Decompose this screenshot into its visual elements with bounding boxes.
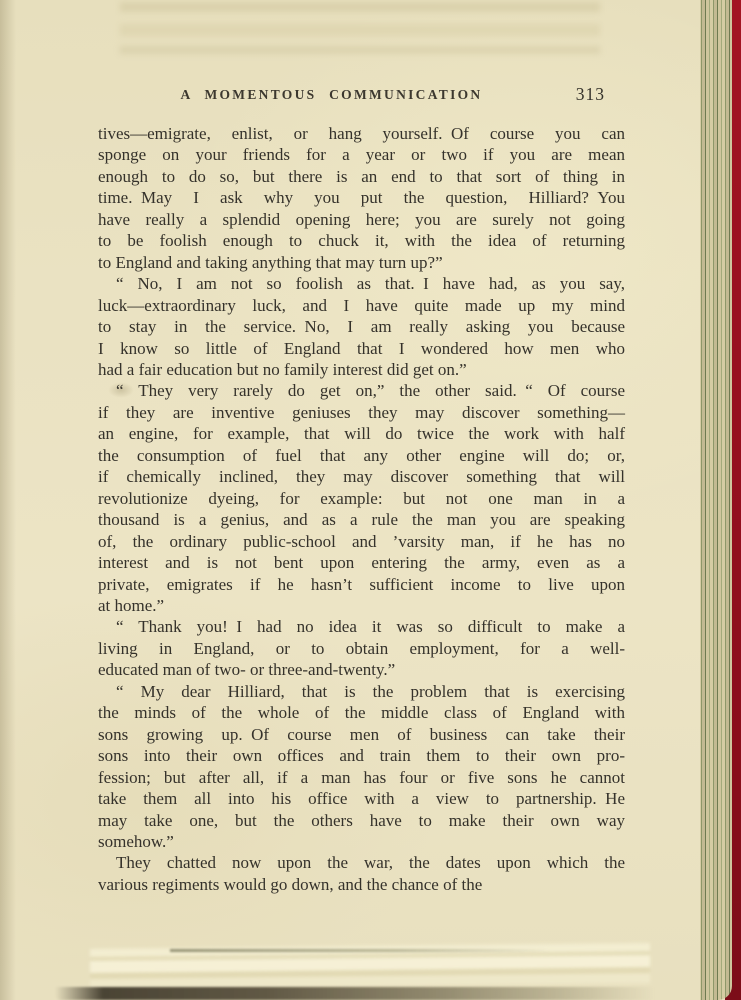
text-line: time. May I ask why you put the question… — [98, 187, 625, 208]
paper-top-streaks — [120, 2, 600, 72]
text-line: enough to do so, but there is an end to … — [98, 166, 625, 187]
paragraph: They chatted now upon the war, the dates… — [98, 852, 625, 895]
text-line: luck—extraordinary luck, and I have quit… — [98, 295, 625, 316]
book-scan: A MOMENTOUS COMMUNICATION 313 tives—emig… — [0, 0, 741, 1000]
text-line: educated man of two- or three-and-twenty… — [98, 659, 625, 680]
bottom-shadow — [55, 987, 655, 1000]
page-header: A MOMENTOUS COMMUNICATION 313 — [98, 87, 625, 109]
text-line: may take one, but the others have to mak… — [98, 810, 625, 831]
book-page: A MOMENTOUS COMMUNICATION 313 tives—emig… — [0, 0, 700, 1000]
text-line: had a fair education but no family inter… — [98, 359, 625, 380]
paragraph: “ No, I am not so foolish as that. I hav… — [98, 273, 625, 380]
text-line: the consumption of fuel that any other e… — [98, 445, 625, 466]
text-line: thousand is a genius, and as a rule the … — [98, 509, 625, 530]
text-line: “ Thank you! I had no idea it was so dif… — [98, 616, 625, 637]
left-edge-shade — [0, 0, 16, 1000]
bottom-edge-line — [170, 949, 550, 952]
text-line: “ No, I am not so foolish as that. I hav… — [98, 273, 625, 294]
text-line: sons into their own offices and train th… — [98, 745, 625, 766]
text-line: if they are inventive geniuses they may … — [98, 402, 625, 423]
text-line: sponge on your friends for a year or two… — [98, 144, 625, 165]
text-line: sons growing up. Of course men of busine… — [98, 724, 625, 745]
paragraph: tives—emigrate, enlist, or hang yourself… — [98, 123, 625, 273]
text-line: take them all into his office with a vie… — [98, 788, 625, 809]
text-line: if chemically inclined, they may discove… — [98, 466, 625, 487]
text-line: of, the ordinary public-school and ’vars… — [98, 531, 625, 552]
text-line: have really a splendid opening here; you… — [98, 209, 625, 230]
text-line: interest and is not bent upon entering t… — [98, 552, 625, 573]
text-line: revolutionize dyeing, for example: but n… — [98, 488, 625, 509]
text-line: various regiments would go down, and the… — [98, 874, 625, 895]
running-title: A MOMENTOUS COMMUNICATION — [98, 87, 565, 103]
text-line: “ They very rarely do get on,” the other… — [98, 380, 625, 401]
text-line: They chatted now upon the war, the dates… — [98, 852, 625, 873]
text-line: to stay in the service. No, I am really … — [98, 316, 625, 337]
text-line: at home.” — [98, 595, 625, 616]
paragraph: “ My dear Hilliard, that is the problem … — [98, 681, 625, 853]
paragraph: “ They very rarely do get on,” the other… — [98, 380, 625, 616]
page-text: tives—emigrate, enlist, or hang yourself… — [98, 123, 625, 895]
text-line: fession; but after all, if a man has fou… — [98, 767, 625, 788]
text-line: “ My dear Hilliard, that is the problem … — [98, 681, 625, 702]
text-line: somehow.” — [98, 831, 625, 852]
text-line: an engine, for example, that will do twi… — [98, 423, 625, 444]
text-line: tives—emigrate, enlist, or hang yourself… — [98, 123, 625, 144]
page-number: 313 — [576, 84, 605, 105]
text-line: private, emigrates if he hasn’t sufficie… — [98, 574, 625, 595]
paragraph: “ Thank you! I had no idea it was so dif… — [98, 616, 625, 680]
text-line: living in England, or to obtain employme… — [98, 638, 625, 659]
text-line: to be foolish enough to chuck it, with t… — [98, 230, 625, 251]
text-line: I know so little of England that I wonde… — [98, 338, 625, 359]
text-line: the minds of the whole of the middle cla… — [98, 702, 625, 723]
text-line: to England and taking anything that may … — [98, 252, 625, 273]
